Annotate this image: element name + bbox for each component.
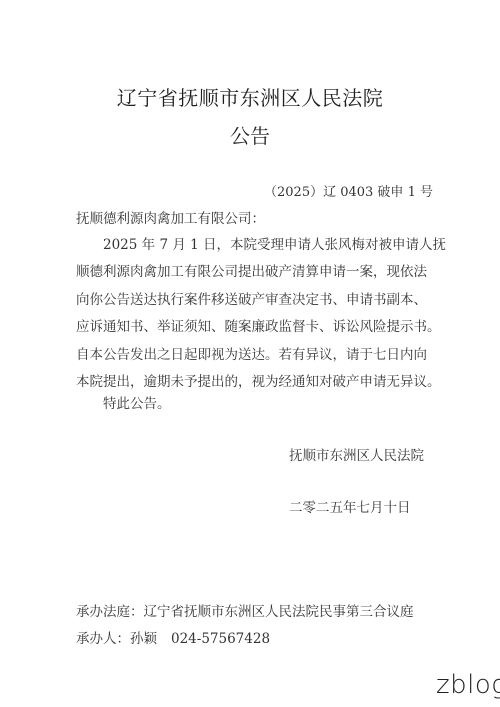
tribunal-info: 承办法庭：辽宁省抚顺市东洲区人民法院民事第三合议庭 bbox=[76, 600, 414, 620]
tribunal-value: 辽宁省抚顺市东洲区人民法院民事第三合议庭 bbox=[144, 604, 414, 620]
handler-phone: 024-57567428 bbox=[171, 631, 270, 647]
addressee: 抚顺德利源肉禽加工有限公司： bbox=[76, 207, 265, 227]
watermark-logo: zblog bbox=[436, 670, 500, 700]
body-line-2: 顺德利源肉禽加工有限公司提出破产清算申请一案，现依法 bbox=[76, 259, 436, 286]
body-line-4: 应诉通知书、举证须知、随案廉政监督卡、诉讼风险提示书。 bbox=[76, 314, 436, 341]
handler-name: 孙颖 bbox=[130, 631, 157, 647]
handler-label: 承办人： bbox=[76, 631, 130, 647]
handler-info: 承办人：孙颖024-57567428 bbox=[76, 627, 270, 647]
body-line-1: 2025 年 7 月 1 日，本院受理申请人张风梅对被申请人抚 bbox=[76, 232, 436, 259]
case-number: （2025）辽 0403 破申 1 号 bbox=[264, 181, 433, 200]
tribunal-label: 承办法庭： bbox=[76, 604, 144, 620]
notice-body: 2025 年 7 月 1 日，本院受理申请人张风梅对被申请人抚 顺德利源肉禽加工… bbox=[76, 232, 436, 396]
issue-date: 二零二五年七月十日 bbox=[289, 496, 411, 516]
closing-statement: 特此公告。 bbox=[103, 392, 171, 412]
signing-court: 抚顺市东洲区人民法院 bbox=[289, 444, 424, 464]
document-type-heading: 公告 bbox=[0, 120, 500, 149]
body-line-3: 向你公告送达执行案件移送破产审查决定书、申请书副本、 bbox=[76, 287, 436, 314]
body-line-5: 自本公告发出之日起即视为送达。若有异议，请于七日内向 bbox=[76, 342, 436, 369]
court-title: 辽宁省抚顺市东洲区人民法院 bbox=[0, 82, 500, 111]
